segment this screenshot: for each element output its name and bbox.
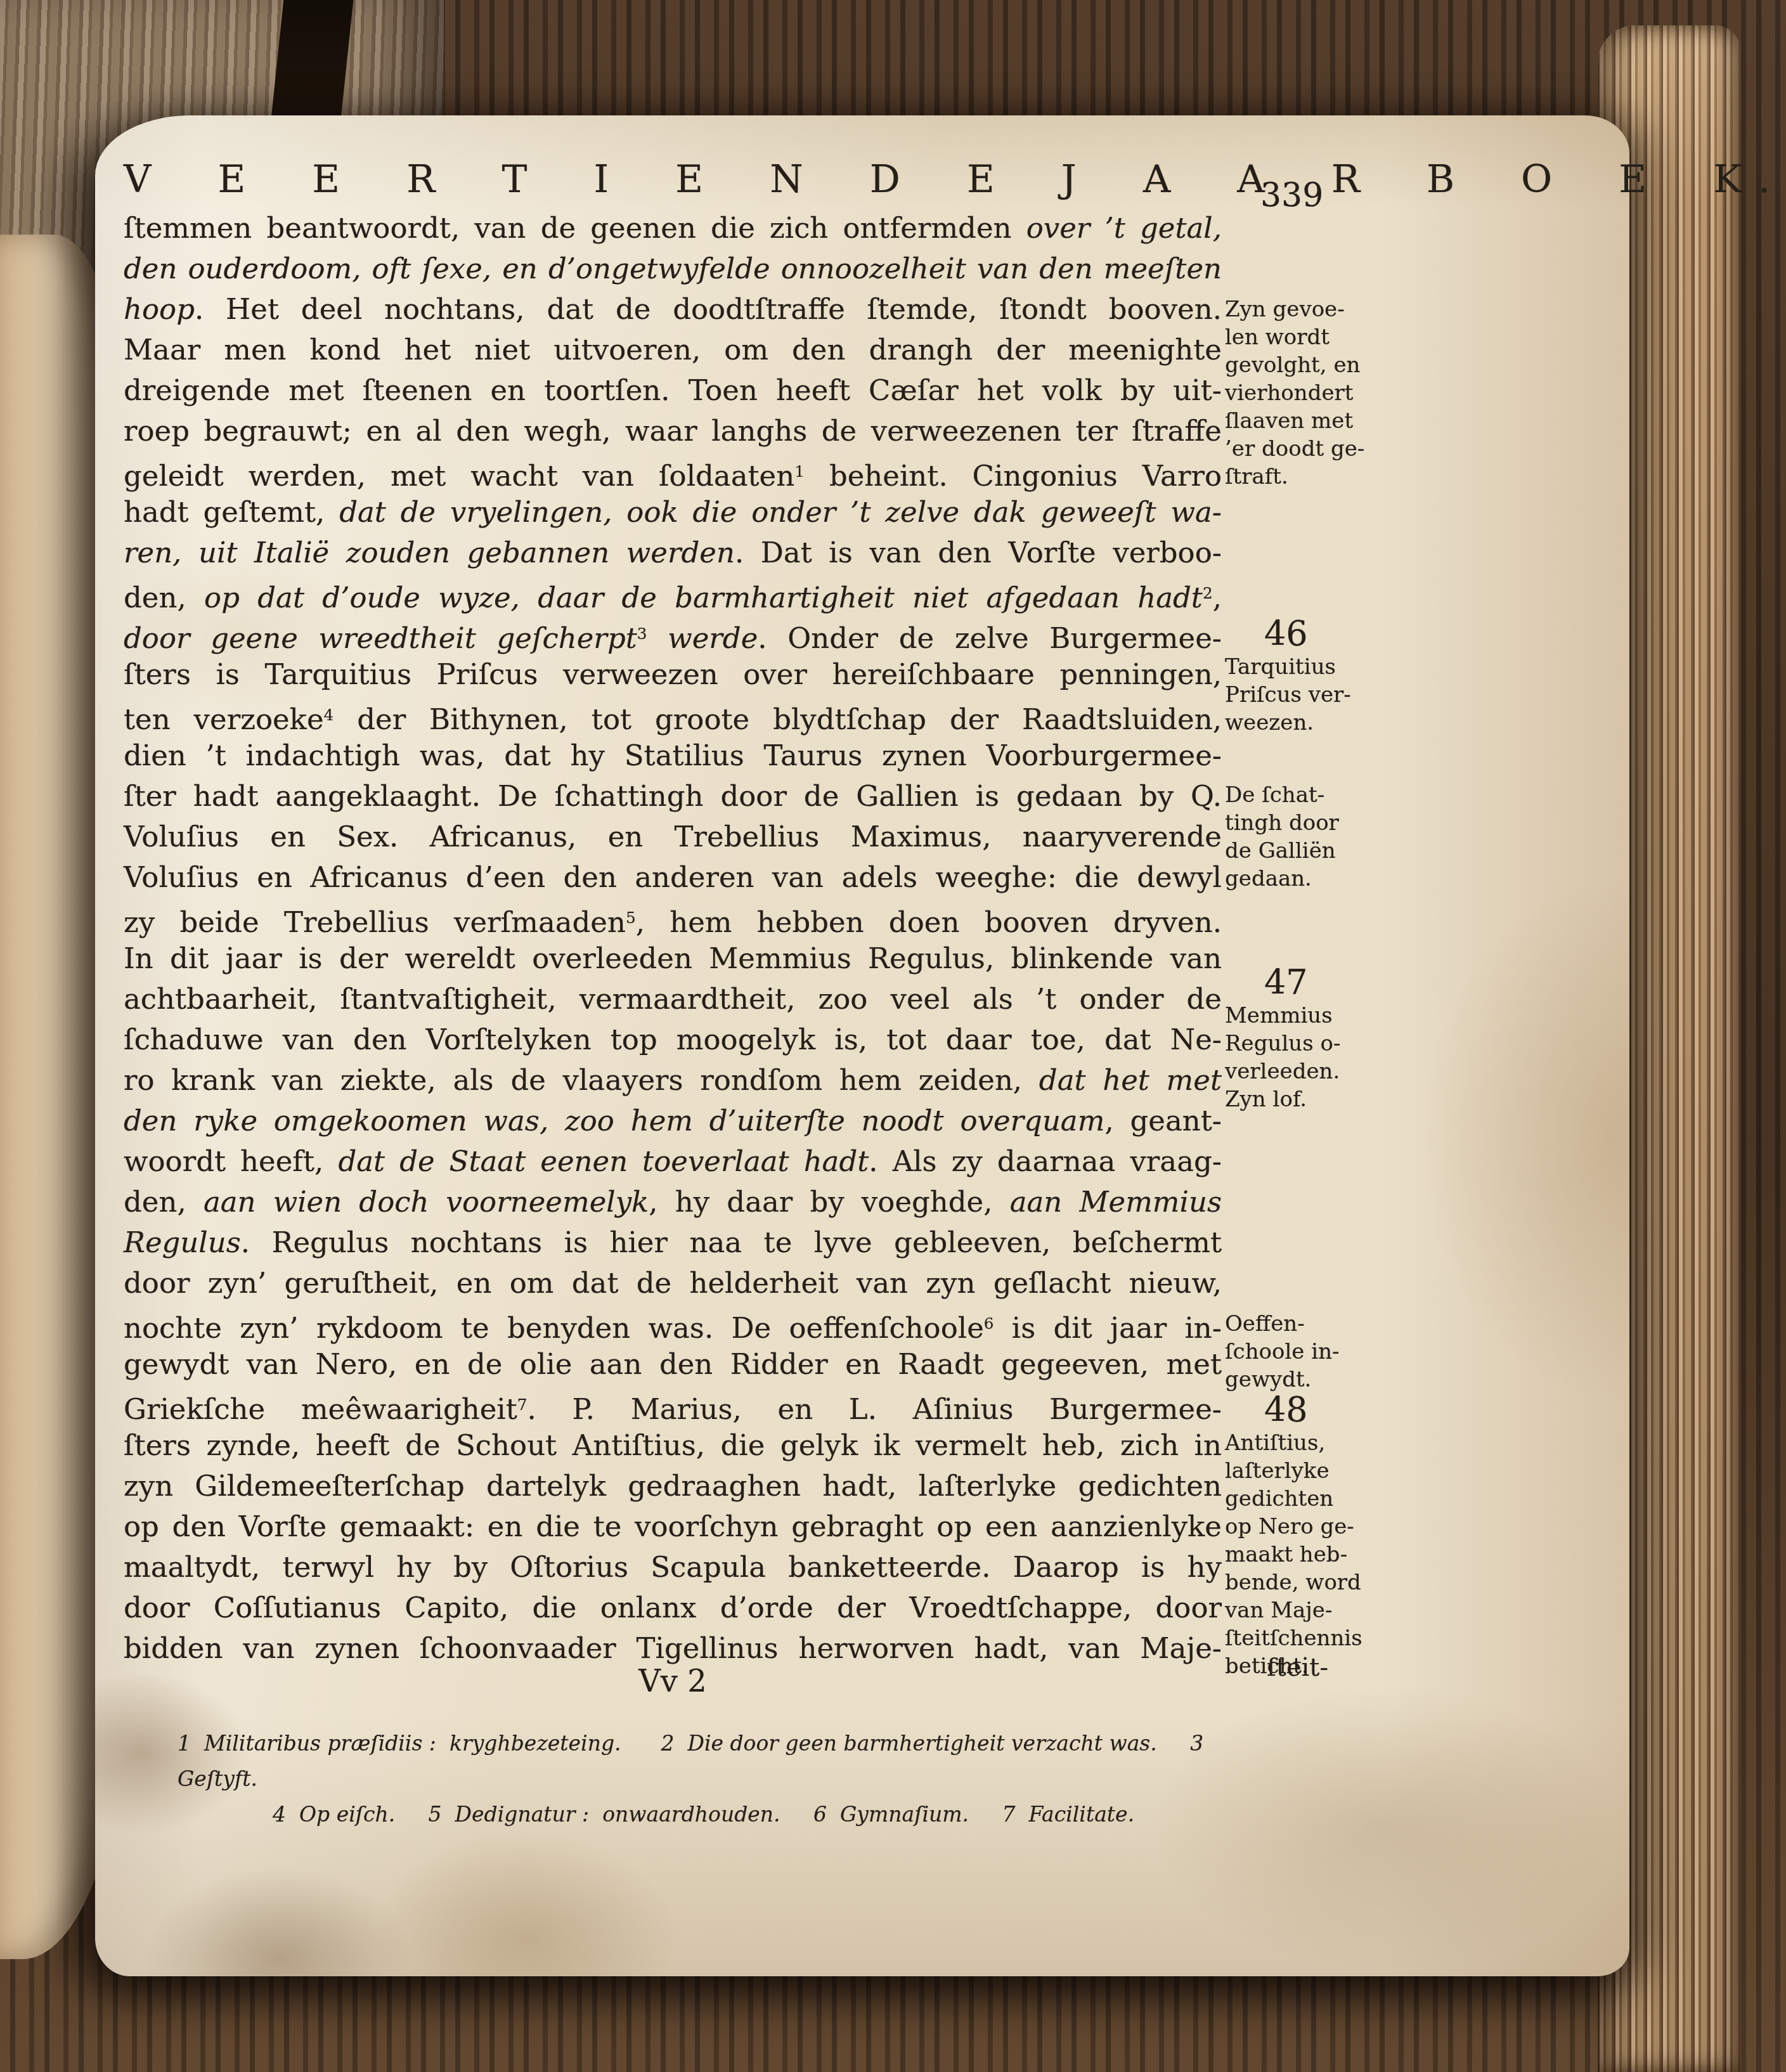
margin-note-line: van Maje- <box>1225 1596 1415 1624</box>
body-line: nochte zyn’ rykdoom te benyden was. De o… <box>124 1304 1222 1344</box>
body-text: ſtemmen beantwoordt, van de geenen die z… <box>124 208 1222 1669</box>
margin-note: 46TarquitiusPriſcus ver-weezen. <box>1225 615 1415 737</box>
margin-note-line: Zyn gevoe- <box>1225 295 1415 323</box>
body-line: In dit jaar is der wereldt overleeden Me… <box>124 938 1222 979</box>
margin-note-line: laſterlyke <box>1225 1457 1415 1485</box>
body-line: ſter hadt aangeklaaght. De ſchattingh do… <box>124 776 1222 817</box>
signature-mark: Vv 2 <box>124 1664 1222 1699</box>
body-line: door zyn’ geruſtheit, en om dat de helde… <box>124 1263 1222 1304</box>
body-line: Regulus. Regulus nochtans is hier naa te… <box>124 1222 1222 1263</box>
margin-note: 48Antiſtius,laſterlykegedichtenop Nero g… <box>1225 1391 1415 1680</box>
margin-note-line: ſlaaven met <box>1225 407 1415 435</box>
margin-note-line: Zyn lof. <box>1225 1085 1415 1113</box>
margin-note-line: Tarquitius <box>1225 653 1415 681</box>
margin-note-line: ’er doodt ge- <box>1225 435 1415 463</box>
footnote-line: 4 Op eiſch. 5 Dedignatur : onwaardhouden… <box>124 1797 1265 1832</box>
margin-note-line: De ſchat- <box>1225 781 1415 809</box>
footnote-reference: 4 <box>324 706 334 724</box>
margin-note-line: de Galliën <box>1225 837 1415 865</box>
margin-note-line: gewydt. <box>1225 1366 1415 1394</box>
margin-note: De ſchat-tingh doorde Galliëngedaan. <box>1225 781 1415 893</box>
margin-note-line: ſchoole in- <box>1225 1338 1415 1366</box>
footnote-reference: 2 <box>1203 584 1213 602</box>
margin-note-line: gedichten <box>1225 1485 1415 1513</box>
margin-section-number: 47 <box>1225 964 1415 1002</box>
margin-note-line: Memmius <box>1225 1002 1415 1030</box>
margin-note-line: op Nero ge- <box>1225 1513 1415 1541</box>
margin-note-line: len wordt <box>1225 323 1415 351</box>
body-line: Voluſius en Sex. Africanus, en Trebelliu… <box>124 817 1222 857</box>
margin-note: 47MemmiusRegulus o-verleeden.Zyn lof. <box>1225 964 1415 1113</box>
body-line: den, op dat d’oude wyze, daar de barmhar… <box>124 573 1222 614</box>
book-page: V E E R T I E N D E J A A R B O E K. 339… <box>95 115 1629 1976</box>
body-line: maaltydt, terwyl hy by Oſtorius Scapula … <box>124 1547 1222 1588</box>
margin-note-line: gevolght, en <box>1225 351 1415 379</box>
photo-of-book-page: { "book": { "header": { "title": "V E E … <box>0 0 1786 2072</box>
margin-note-line: gedaan. <box>1225 865 1415 893</box>
margin-note-line: verleeden. <box>1225 1058 1415 1085</box>
body-line: geleidt werden, met wacht van ſoldaaten1… <box>124 451 1222 492</box>
body-line: ſchaduwe van den Vorſtelyken top moogely… <box>124 1020 1222 1060</box>
body-line: ſtemmen beantwoordt, van de geenen die z… <box>124 208 1222 249</box>
body-line: op den Vorſte gemaakt: en die te voorſch… <box>124 1506 1222 1547</box>
footnote-reference: 5 <box>626 909 636 927</box>
margin-note-line: weezen. <box>1225 709 1415 737</box>
catchword: ſteit- <box>1267 1653 1328 1682</box>
body-line: roep begrauwt; en al den wegh, waar lang… <box>124 411 1222 451</box>
body-line: ſters zynde, heeft de Schout Antiſtius, … <box>124 1425 1222 1466</box>
margin-note-line: Oeffen- <box>1225 1310 1415 1338</box>
body-line: dien ’t indachtigh was, dat hy Statilius… <box>124 735 1222 776</box>
margin-note-line: maakt heb- <box>1225 1541 1415 1569</box>
body-line: den ouderdoom, oft ſexe, en d’ongetwyfel… <box>124 249 1222 289</box>
body-line: dreigende met ſteenen en toortſen. Toen … <box>124 370 1222 411</box>
margin-note-line: ſtraft. <box>1225 463 1415 491</box>
margin-note-line: ſteitſchennis <box>1225 1624 1415 1652</box>
body-line: door Coſſutianus Capito, die onlanx d’or… <box>124 1588 1222 1628</box>
body-line: ten verzoeke4 der Bithynen, tot groote b… <box>124 695 1222 735</box>
margin-section-number: 48 <box>1225 1391 1415 1429</box>
margin-note-line: Antiſtius, <box>1225 1429 1415 1457</box>
margin-note-line: vierhondert <box>1225 379 1415 407</box>
body-line: den, aan wien doch voorneemelyk, hy daar… <box>124 1182 1222 1222</box>
body-line: ren, uit Italië zouden gebannen werden. … <box>124 533 1222 573</box>
body-line: door geene wreedtheit geſcherpt3 werde. … <box>124 614 1222 654</box>
footnote-reference: 6 <box>984 1314 994 1333</box>
footnote-line: 1 Militaribus præſidiis : kryghbezeteing… <box>124 1726 1265 1797</box>
body-line: woordt heeft, dat de Staat eenen toeverl… <box>124 1141 1222 1182</box>
body-line: ſters is Tarquitius Priſcus verweezen ov… <box>124 654 1222 695</box>
margin-note-line: tingh door <box>1225 809 1415 837</box>
margin-note: Zyn gevoe-len wordtgevolght, envierhonde… <box>1225 295 1415 491</box>
margin-note-line: Regulus o- <box>1225 1030 1415 1058</box>
footnote-reference: 1 <box>794 462 805 481</box>
footnotes: 1 Militaribus præſidiis : kryghbezeteing… <box>124 1726 1265 1832</box>
margin-note: Oeffen-ſchoole in-gewydt. <box>1225 1310 1415 1394</box>
body-line: zyn Gildemeeſterſchap dartelyk gedraaghe… <box>124 1466 1222 1506</box>
body-line: achtbaarheit, ſtantvaſtigheit, vermaardt… <box>124 979 1222 1020</box>
body-line: bidden van zynen ſchoonvaader Tigellinus… <box>124 1628 1222 1669</box>
footnote-reference: 7 <box>517 1395 527 1414</box>
page-number: 339 <box>1260 176 1323 214</box>
margin-section-number: 46 <box>1225 615 1415 653</box>
body-line: gewydt van Nero, en de olie aan den Ridd… <box>124 1344 1222 1385</box>
body-line: ro krank van ziekte, als de vlaayers ron… <box>124 1060 1222 1101</box>
running-header-title: V E E R T I E N D E J A A R B O E K. <box>124 157 1220 202</box>
body-line: hadt geſtemt, dat de vryelingen, ook die… <box>124 492 1222 533</box>
body-line: Voluſius en Africanus d’een den anderen … <box>124 857 1222 898</box>
footnote-reference: 3 <box>637 625 647 643</box>
body-line: zy beide Trebellius verſmaaden5, hem heb… <box>124 898 1222 938</box>
body-line: Griekſche meêwaarigheit7. P. Marius, en … <box>124 1385 1222 1425</box>
margin-note-line: Priſcus ver- <box>1225 681 1415 709</box>
margin-note-line: bende, word <box>1225 1569 1415 1596</box>
body-line: Maar men kond het niet uitvoeren, om den… <box>124 330 1222 370</box>
body-line: den ryke omgekoomen was, zoo hem d’uiter… <box>124 1101 1222 1141</box>
body-line: hoop. Het deel nochtans, dat de doodtſtr… <box>124 289 1222 330</box>
